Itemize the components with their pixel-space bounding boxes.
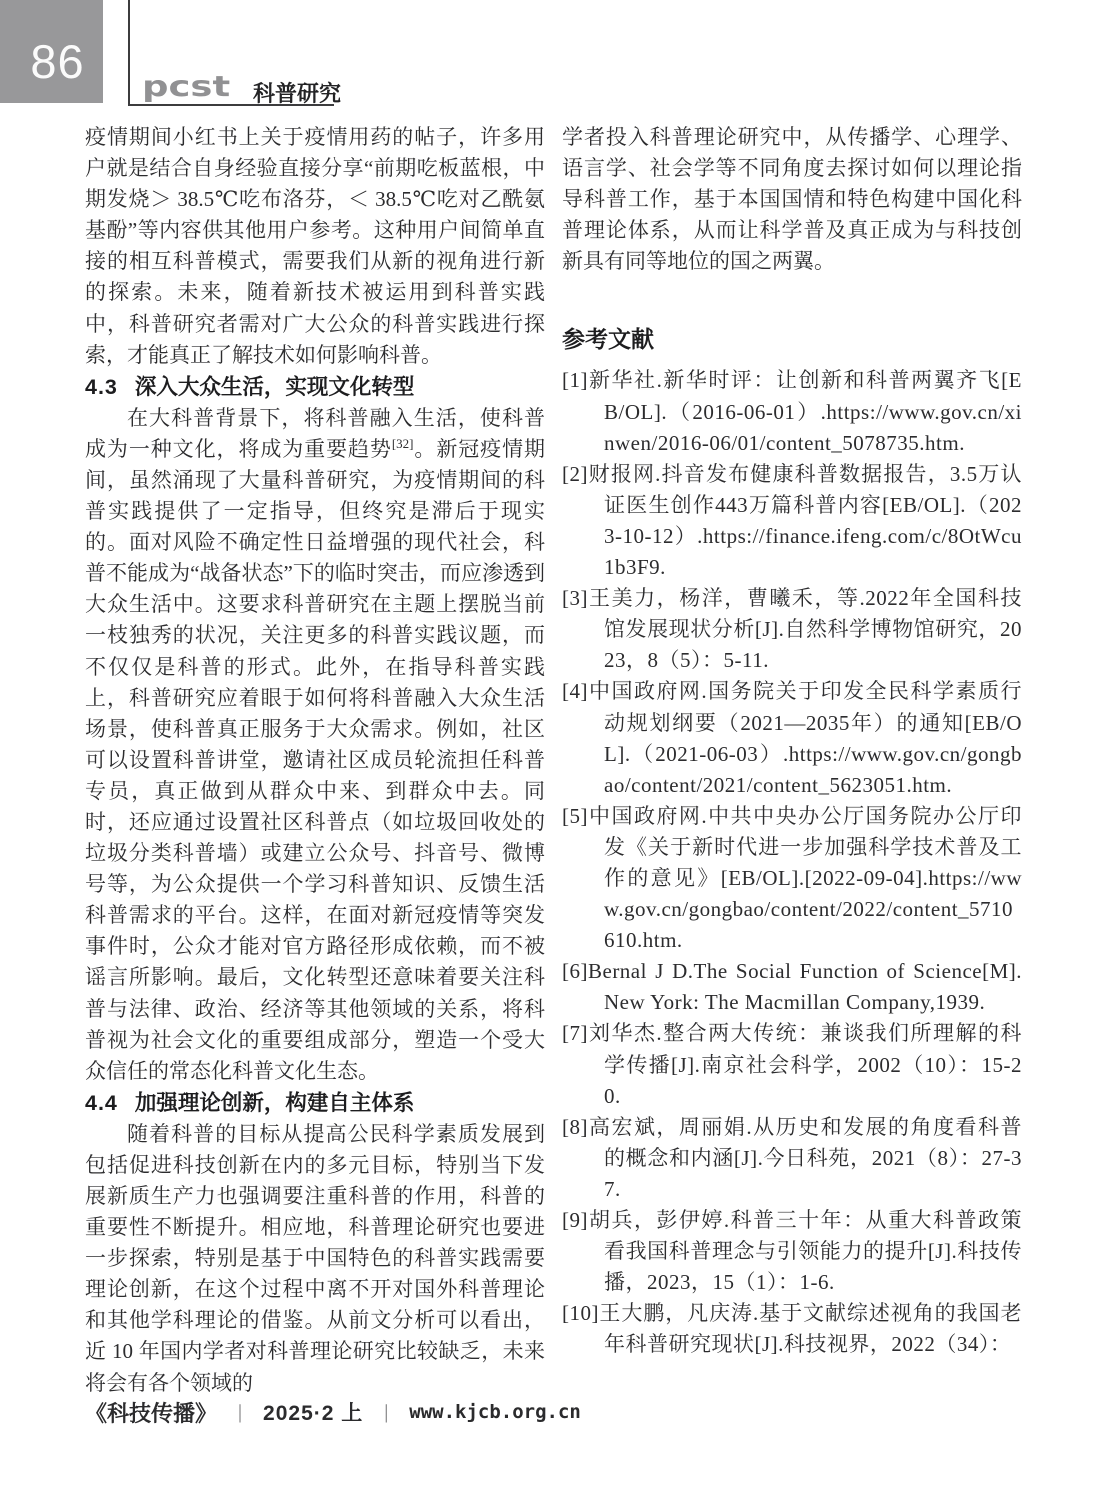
section-number: 4.4 [85,1091,118,1115]
footer-journal-title: 《科技传播》 [85,1397,217,1428]
paragraph-text: 。新冠疫情期间，虽然涌现了大量科普研究，为疫情期间的科普实践提供了一定指导，但终… [85,437,545,1083]
section-title: 深入大众生活，实现文化转型 [135,375,415,399]
body-paragraph: 学者投入科普理论研究中，从传播学、心理学、语言学、社会学等不同角度去探讨如何以理… [562,122,1022,277]
left-column: 疫情期间小红书上关于疫情用药的帖子，许多用户就是结合自身经验直接分享“前期吃板蓝… [85,122,545,1399]
reference-item: [7]刘华杰.整合两大传统：兼谈我们所理解的科学传播[J].南京社会科学，200… [562,1018,1022,1111]
section-number: 4.3 [85,375,118,399]
page-number: 86 [30,34,84,89]
section-heading-4-3: 4.3深入大众生活，实现文化转型 [85,371,545,403]
body-paragraph: 疫情期间小红书上关于疫情用药的帖子，许多用户就是结合自身经验直接分享“前期吃板蓝… [85,122,545,371]
page-number-badge: 86 [0,0,103,103]
reference-item: [1]新华社.新华时评：让创新和科普两翼齐飞[EB/OL].（2016-06-0… [562,365,1022,458]
references-heading: 参考文献 [562,323,1022,355]
reference-item: [5]中国政府网.中共中央办公厅国务院办公厅印发《关于新时代进一步加强科学技术普… [562,801,1022,956]
reference-item: [9]胡兵，彭伊婷.科普三十年：从重大科普政策看我国科普理念与引领能力的提升[J… [562,1205,1022,1298]
right-column: 学者投入科普理论研究中，从传播学、心理学、语言学、社会学等不同角度去探讨如何以理… [562,122,1022,1360]
body-paragraph: 随着科普的目标从提高公民科学素质发展到包括促进科技创新在内的多元目标，特别当下发… [85,1119,545,1399]
footer-website: www.kjcb.org.cn [409,1401,581,1423]
footer-separator: | [238,1401,242,1424]
header-vertical-rule [128,0,130,106]
section-title: 加强理论创新，构建自主体系 [135,1091,415,1115]
body-paragraph: 在大科普背景下，将科普融入生活，使科普成为一种文化，将成为重要趋势[32]。新冠… [85,403,545,1087]
citation-superscript: [32] [392,436,414,451]
page-footer: 《科技传播》 | 2025·2 上 | www.kjcb.org.cn [85,1396,581,1428]
pcst-logo: pcst [142,72,230,101]
reference-item: [6]Bernal J D.The Social Function of Sci… [562,956,1022,1018]
reference-item: [3]王美力，杨洋，曹曦禾，等.2022年全国科技馆发展现状分析[J].自然科学… [562,583,1022,676]
section-heading-4-4: 4.4加强理论创新，构建自主体系 [85,1087,545,1119]
reference-item: [4]中国政府网.国务院关于印发全民科学素质行动规划纲要（2021—2035年）… [562,676,1022,800]
reference-item: [8]高宏斌，周丽娟.从历史和发展的角度看科普的概念和内涵[J].今日科苑，20… [562,1112,1022,1205]
footer-issue: 2025·2 上 [263,1397,363,1427]
reference-item: [2]财报网.抖音发布健康科普数据报告，3.5万认证医生创作443万篇科普内容[… [562,459,1022,583]
reference-item: [10]王大鹏，凡庆涛.基于文献综述视角的我国老年科普研究现状[J].科技视界，… [562,1298,1022,1360]
journal-name: 科普研究 [253,77,341,108]
footer-separator: | [384,1401,388,1424]
